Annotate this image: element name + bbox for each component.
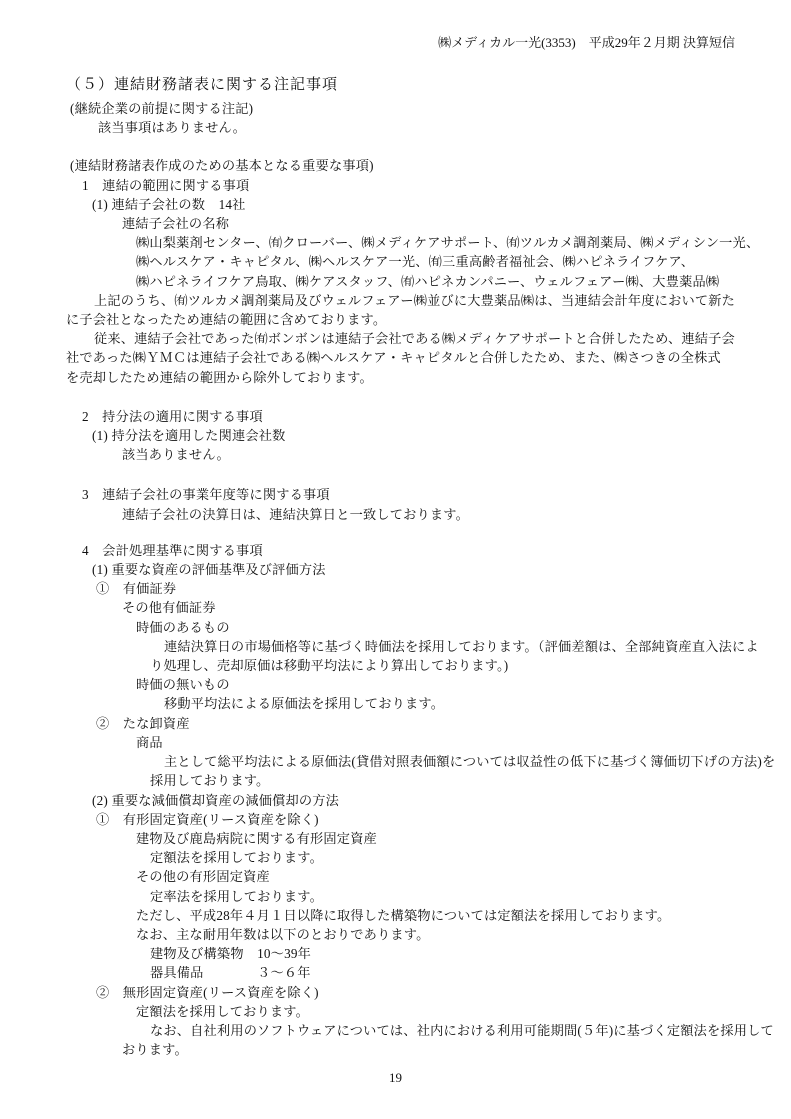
text-line: 社であった㈱ＹＭＣは連結子会社である㈱ヘルスケア・キャピタルと合併したため、また… [66, 348, 737, 367]
text-line: 器具備品 ３～６年 [66, 963, 737, 982]
text-line: (1) 連結子会社の数 14社 [66, 195, 737, 214]
document-lines: (継続企業の前提に関する注記)該当事項はありません。(連結財務諸表作成のための基… [66, 99, 737, 1059]
text-line: 定率法を採用しております。 [66, 887, 737, 906]
text-line: ㈱ヘルスケア・キャピタル、㈱ヘルスケア一光、㈲三重高齢者福祉会、㈱ハピネライフケ… [66, 252, 737, 271]
text-line: を売却したため連結の範囲から除外しております。 [66, 368, 737, 387]
text-line: 採用しております。 [66, 771, 737, 790]
text-line: おります。 [66, 1040, 737, 1059]
text-line: ㈱ハピネライフケア鳥取、㈱ケアスタッフ、㈲ハピネカンパニー、ウェルフェアー㈱、大… [66, 272, 737, 291]
text-line: (1) 持分法を適用した関連会社数 [66, 426, 737, 445]
text-line: 主として総平均法による原価法(貸借対照表価額については収益性の低下に基づく簿価切… [66, 752, 737, 771]
text-line: り処理し、売却原価は移動平均法により算出しております。) [66, 656, 737, 675]
text-line: ② 無形固定資産(リース資産を除く) [66, 983, 737, 1002]
text-line: 上記のうち、㈲ツルカメ調剤薬局及びウェルフェアー㈱並びに大豊薬品㈱は、当連結会計… [66, 291, 737, 310]
text-line: 連結子会社の名称 [66, 214, 737, 233]
text-line: 該当事項はありません。 [66, 118, 737, 137]
report-page: ㈱メディカル一光(3353) 平成29年２月期 決算短信 （５）連結財務諸表に関… [0, 0, 791, 1119]
page-title: （５）連結財務諸表に関する注記事項 [66, 74, 737, 96]
text-line: 時価のあるもの [66, 618, 737, 637]
page-header: ㈱メディカル一光(3353) 平成29年２月期 決算短信 [66, 36, 737, 50]
text-line: ① 有価証券 [66, 579, 737, 598]
text-line: 建物及び鹿島病院に関する有形固定資産 [66, 829, 737, 848]
text-line: 連結決算日の市場価格等に基づく時価法を採用しております。（評価差額は、全部純資産… [66, 637, 737, 656]
text-line: 建物及び構築物 10～39年 [66, 944, 737, 963]
text-line: 連結子会社の決算日は、連結決算日と一致しております。 [66, 505, 737, 524]
text-line: ㈱山梨薬剤センター、㈲クローバー、㈱メディケアサポート、㈲ツルカメ調剤薬局、㈱メ… [66, 233, 737, 252]
text-line: 移動平均法による原価法を採用しております。 [66, 694, 737, 713]
text-line: 時価の無いもの [66, 675, 737, 694]
text-line: 4 会計処理基準に関する事項 [66, 541, 737, 560]
text-line: (1) 重要な資産の評価基準及び評価方法 [66, 560, 737, 579]
text-line: 従来、連結子会社であった㈲ボンボンは連結子会社である㈱メディケアサポートと合併し… [66, 329, 737, 348]
text-line: (継続企業の前提に関する注記) [66, 99, 737, 118]
page-number: 19 [0, 1070, 791, 1085]
text-line: ① 有形固定資産(リース資産を除く) [66, 810, 737, 829]
text-line: その他の有形固定資産 [66, 867, 737, 886]
text-line: 該当ありません。 [66, 445, 737, 464]
text-line: 1 連結の範囲に関する事項 [66, 176, 737, 195]
text-line: なお、自社利用のソフトウェアについては、社内における利用可能期間(５年)に基づく… [66, 1021, 737, 1040]
text-line: 3 連結子会社の事業年度等に関する事項 [66, 485, 737, 504]
text-line: ただし、平成28年４月１日以降に取得した構築物については定額法を採用しております… [66, 906, 737, 925]
page-content: ㈱メディカル一光(3353) 平成29年２月期 決算短信 （５）連結財務諸表に関… [0, 0, 791, 1059]
text-line: 定額法を採用しております。 [66, 1002, 737, 1021]
text-line: なお、主な耐用年数は以下のとおりであります。 [66, 925, 737, 944]
text-line: その他有価証券 [66, 598, 737, 617]
text-line: 商品 [66, 733, 737, 752]
text-line: に子会社となったため連結の範囲に含めております。 [66, 310, 737, 329]
text-line: (2) 重要な減価償却資産の減価償却の方法 [66, 791, 737, 810]
text-line: ② たな卸資産 [66, 714, 737, 733]
text-line: 定額法を採用しております。 [66, 848, 737, 867]
text-line: 2 持分法の適用に関する事項 [66, 407, 737, 426]
text-line: (連結財務諸表作成のための基本となる重要な事項) [66, 156, 737, 175]
